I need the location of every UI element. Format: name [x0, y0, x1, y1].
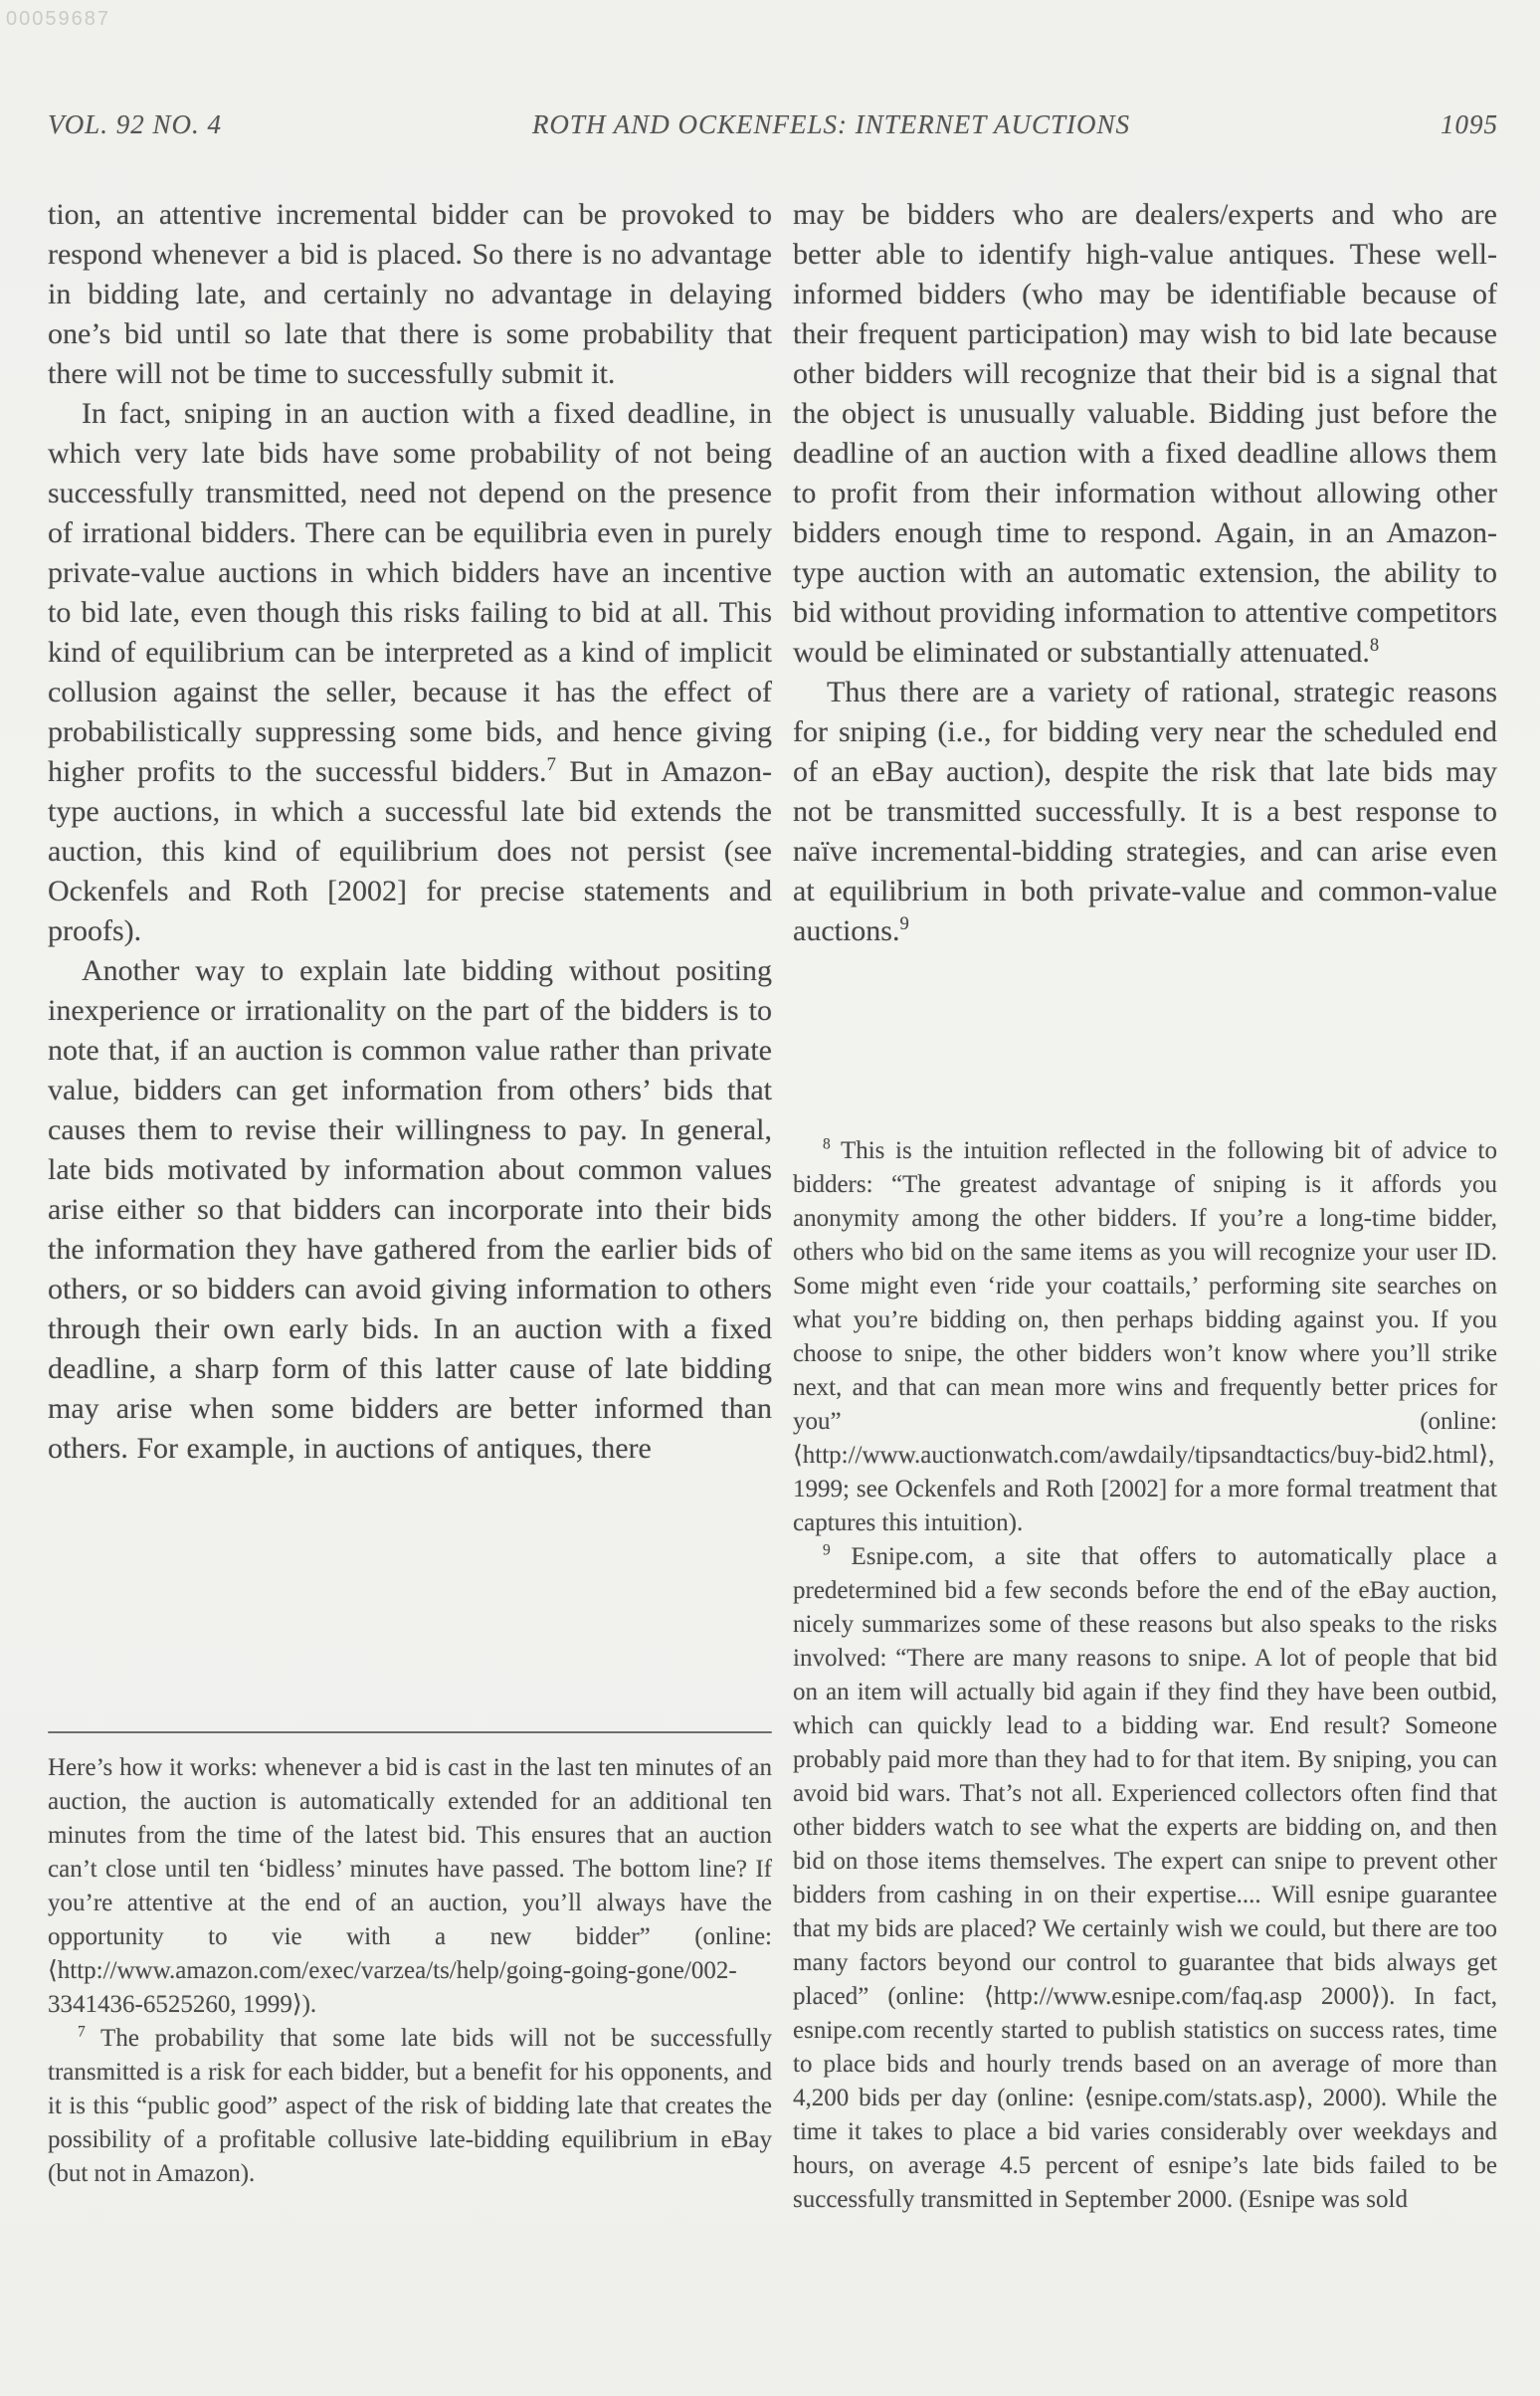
- left-column-footnotes: Here’s how it works: whenever a bid is c…: [48, 1751, 772, 2191]
- footnote: Here’s how it works: whenever a bid is c…: [48, 1751, 772, 2022]
- text-run: tion, an attentive incremental bidder ca…: [48, 198, 772, 390]
- footnote-marker: 7: [78, 2024, 86, 2041]
- text-run: may be bidders who are dealers/experts a…: [793, 198, 1497, 669]
- footnote: 8 This is the intuition reflected in the…: [793, 1134, 1497, 1540]
- journal-page: 00059687 VOL. 92 NO. 4 ROTH AND OCKENFEL…: [0, 0, 1540, 2396]
- footnote-separator-rule: [48, 1731, 772, 1733]
- right-column-footnotes: 8 This is the intuition reflected in the…: [793, 1134, 1497, 2217]
- text-run: In fact, sniping in an auction with a fi…: [48, 397, 772, 788]
- footnote-ref: 8: [1370, 635, 1379, 656]
- footnote-marker: 9: [823, 1542, 831, 1559]
- header-page-number: 1095: [1441, 109, 1498, 140]
- paragraph: Thus there are a variety of rational, st…: [793, 673, 1497, 951]
- left-column-body-text: tion, an attentive incremental bidder ca…: [48, 195, 772, 1469]
- footnote: 7 The probability that some late bids wi…: [48, 2022, 772, 2191]
- header-volume-issue: VOL. 92 NO. 4: [48, 109, 222, 140]
- paragraph: In fact, sniping in an auction with a fi…: [48, 394, 772, 951]
- running-header: VOL. 92 NO. 4 ROTH AND OCKENFELS: INTERN…: [48, 109, 1498, 140]
- footnote-ref: 9: [899, 913, 908, 934]
- header-running-title: ROTH AND OCKENFELS: INTERNET AUCTIONS: [532, 109, 1130, 140]
- paragraph: Another way to explain late bidding with…: [48, 951, 772, 1469]
- text-run: Another way to explain late bidding with…: [48, 954, 772, 1465]
- text-run: Thus there are a variety of rational, st…: [793, 676, 1497, 947]
- footnote: 9 Esnipe.com, a site that offers to auto…: [793, 1540, 1497, 2217]
- scan-corner-number: 00059687: [6, 8, 110, 31]
- paragraph: may be bidders who are dealers/experts a…: [793, 195, 1497, 673]
- footnote-ref: 7: [547, 754, 556, 775]
- right-column-body-text: may be bidders who are dealers/experts a…: [793, 195, 1497, 951]
- paragraph: tion, an attentive incremental bidder ca…: [48, 195, 772, 394]
- footnote-marker: 8: [823, 1136, 831, 1153]
